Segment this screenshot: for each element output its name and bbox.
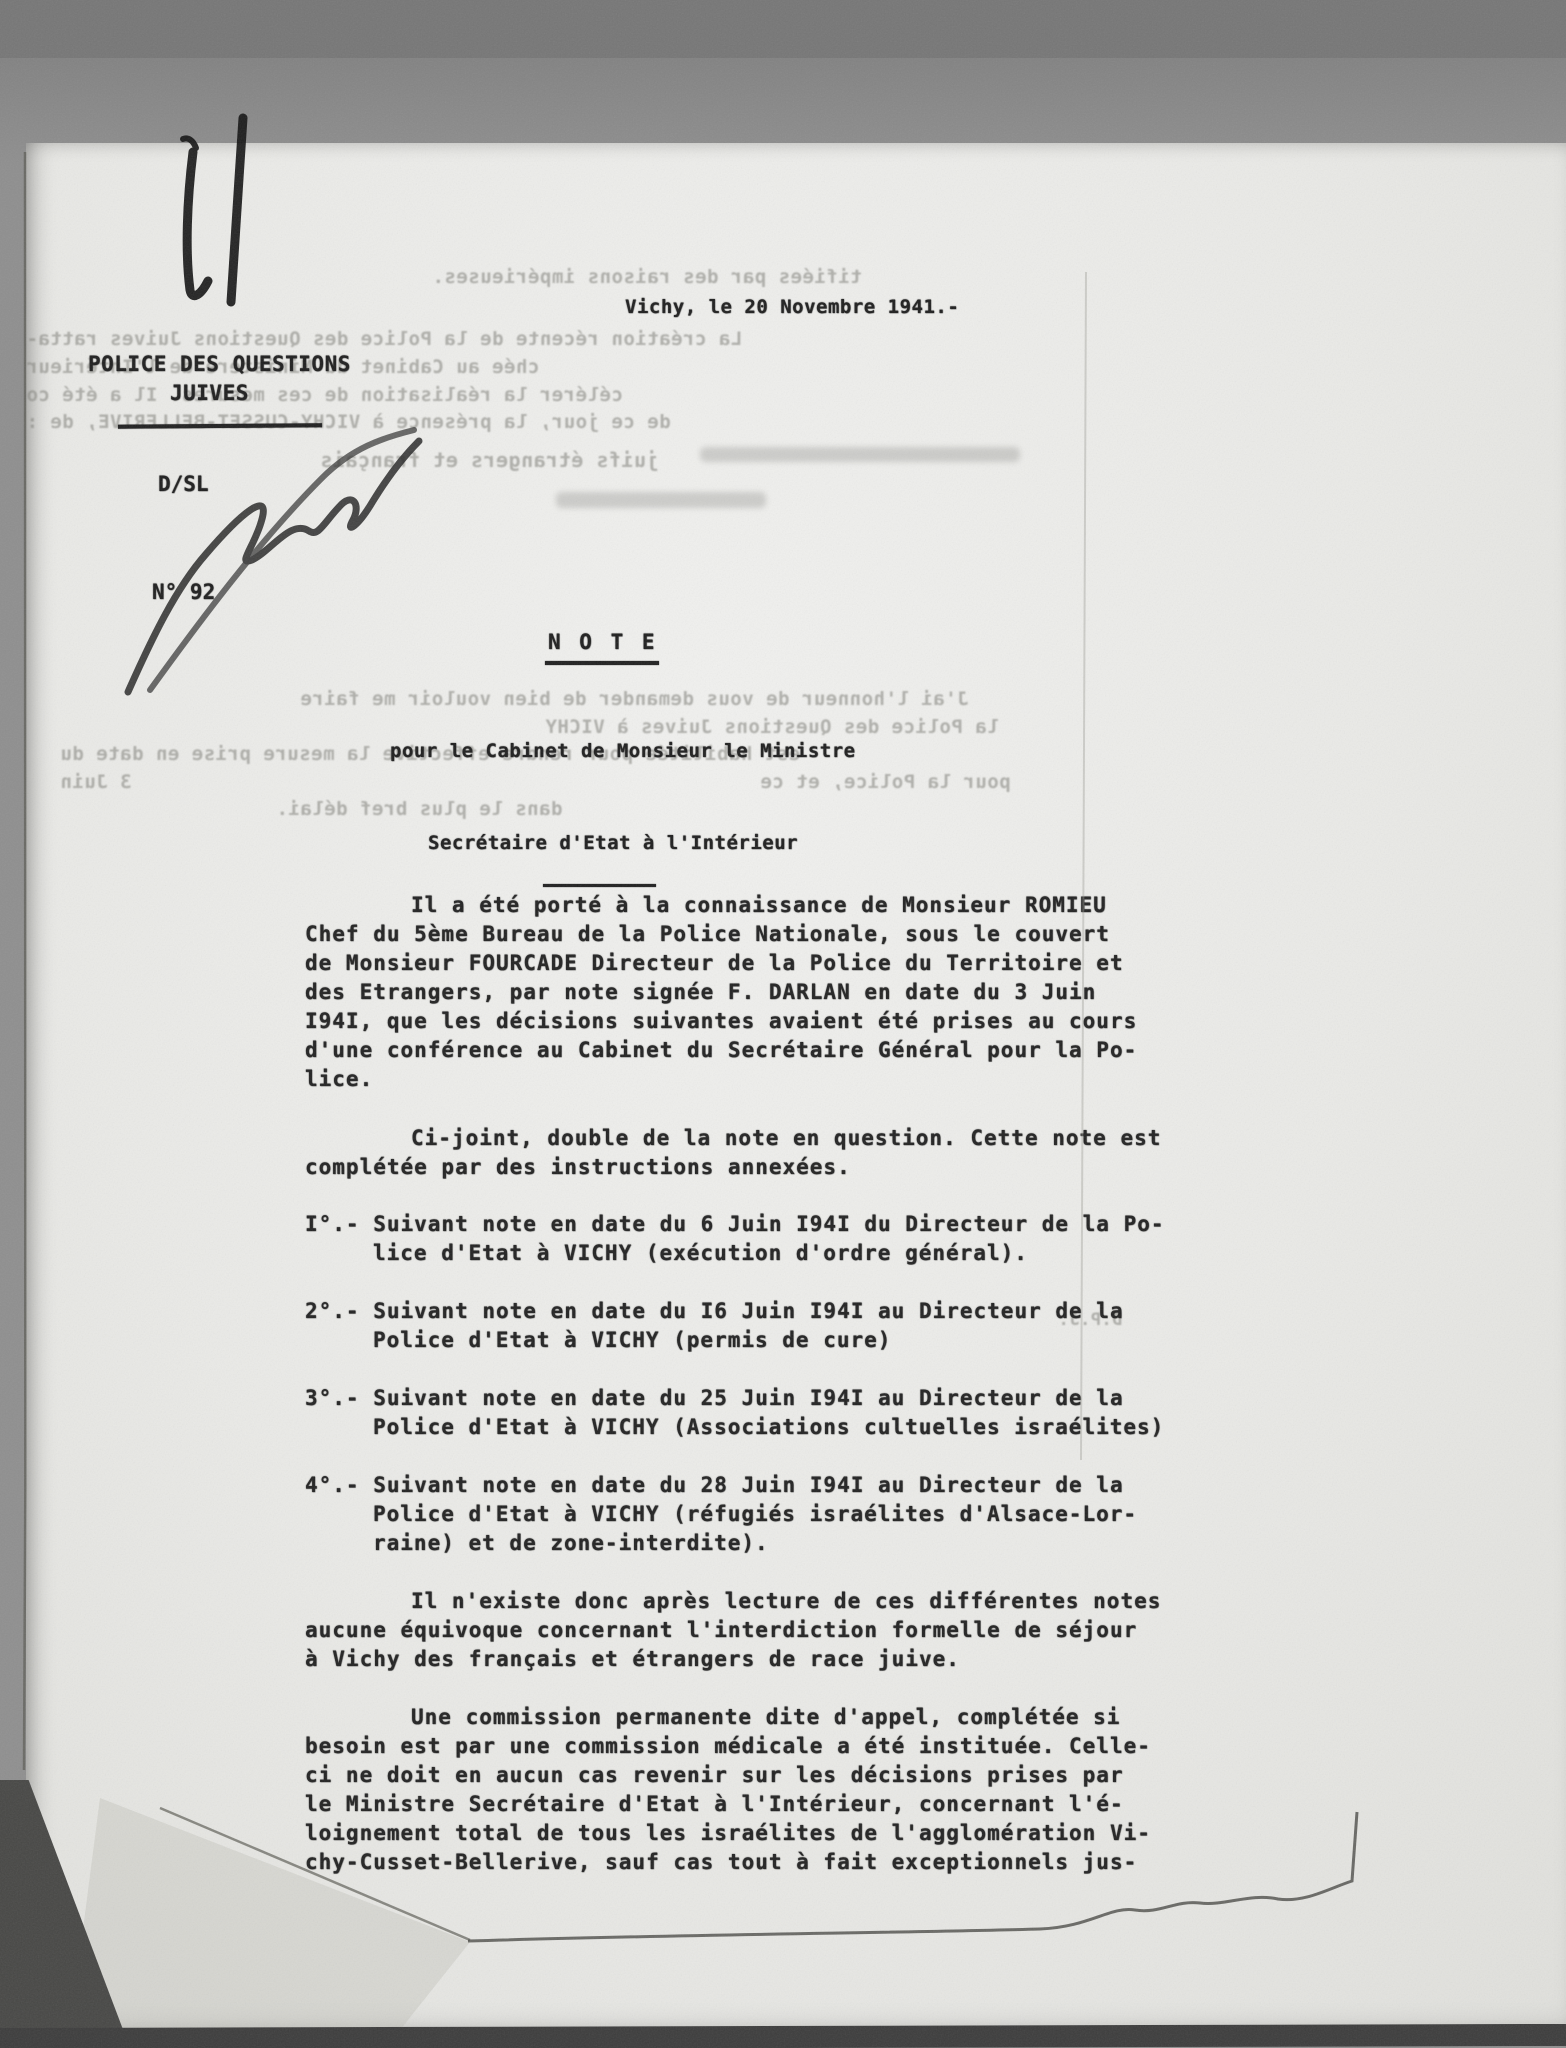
text-line: besoin est par une commission médicale a… xyxy=(305,1734,1185,1763)
bleedthrough-line: célérer la réalisation de ces mesures. I… xyxy=(26,384,623,406)
text-line: le Ministre Secrétaire d'Etat à l'Intéri… xyxy=(305,1792,1185,1821)
text-line: I94I, que les décisions suivantes avaien… xyxy=(305,1009,1185,1038)
text-line: Il n'existe donc après lecture de ces di… xyxy=(305,1589,1185,1618)
text-line: complétée par des instructions annexées. xyxy=(305,1155,1185,1184)
letterhead-line1: POLICE DES QUESTIONS xyxy=(88,352,351,376)
bleedthrough-line: de ce jour, la présence à VICHY-CUSSET-B… xyxy=(26,411,671,433)
list-item: 4°.- Suivant note en date du 28 Juin I94… xyxy=(305,1473,1185,1560)
paragraph: Il n'existe donc après lecture de ces di… xyxy=(305,1589,1185,1676)
text-line: Police d'Etat à VICHY (réfugiés israélit… xyxy=(305,1502,1185,1531)
text-line: des Etrangers, par note signée F. DARLAN… xyxy=(305,980,1185,1009)
text-line: raine) et de zone-interdite). xyxy=(305,1531,1185,1560)
text-line: aucune équivoque concernant l'interdicti… xyxy=(305,1618,1185,1647)
document-number: N° 92 xyxy=(152,580,215,604)
bleedthrough-line: la Police des Questions Juives à VICHY xyxy=(545,716,999,738)
text-line: 4°.- Suivant note en date du 28 Juin I94… xyxy=(305,1473,1185,1502)
paragraph: Une commission permanente dite d'appel, … xyxy=(305,1705,1185,1879)
letterhead-line2: JUIVES xyxy=(170,381,249,405)
note-title-underline xyxy=(545,661,659,665)
list-item: 3°.- Suivant note en date du 25 Juin I94… xyxy=(305,1386,1185,1444)
note-title: N O T E xyxy=(548,630,658,654)
scanned-document-photo: tifiées par des raisons impérieuses.La c… xyxy=(0,0,1566,2048)
note-subtitle-line2: Secrétaire d'Etat à l'Intérieur xyxy=(428,832,798,854)
bleedthrough-line: dans le plus bref délai. xyxy=(276,798,563,820)
list-item: 2°.- Suivant note en date du I6 Juin I94… xyxy=(305,1299,1185,1357)
bleedthrough-line: pour la Police, et ce xyxy=(760,771,1011,793)
date-line: Vichy, le 20 Novembre 1941.- xyxy=(625,296,959,318)
text-line: Une commission permanente dite d'appel, … xyxy=(305,1705,1185,1734)
bleedthrough-line: juifs étrangers et français xyxy=(320,448,659,472)
text-line: Police d'Etat à VICHY (permis de cure) xyxy=(305,1328,1185,1357)
text-line: à Vichy des français et étrangers de rac… xyxy=(305,1647,1185,1676)
ink-smudge xyxy=(700,447,1020,462)
text-line: 2°.- Suivant note en date du I6 Juin I94… xyxy=(305,1299,1185,1328)
text-line: 3°.- Suivant note en date du 25 Juin I94… xyxy=(305,1386,1185,1415)
text-line: Police d'Etat à VICHY (Associations cult… xyxy=(305,1415,1185,1444)
text-line: lice. xyxy=(305,1067,1185,1096)
bleedthrough-line: La création récente de la Police des Que… xyxy=(26,328,742,350)
paragraph: Ci-joint, double de la note en question.… xyxy=(305,1126,1185,1184)
text-line: loignement total de tous les israélites … xyxy=(305,1821,1185,1850)
text-line: chy-Cusset-Bellerive, sauf cas tout à fa… xyxy=(305,1850,1185,1879)
note-subtitle-line1: pour le Cabinet de Monsieur le Ministre xyxy=(390,740,856,762)
text-line: lice d'Etat à VICHY (exécution d'ordre g… xyxy=(305,1241,1185,1270)
bleedthrough-line: tifiées par des raisons impérieuses. xyxy=(432,266,862,288)
text-line: ci ne doit en aucun cas revenir sur les … xyxy=(305,1763,1185,1792)
text-line: de Monsieur FOURCADE Directeur de la Pol… xyxy=(305,951,1185,980)
text-line: Il a été porté à la connaissance de Mons… xyxy=(305,893,1185,922)
note-subtitle-underline xyxy=(543,884,656,887)
text-line: d'une conférence au Cabinet du Secrétair… xyxy=(305,1038,1185,1067)
text-line: Ci-joint, double de la note en question.… xyxy=(305,1126,1185,1155)
text-line: I°.- Suivant note en date du 6 Juin I94I… xyxy=(305,1212,1185,1241)
list-item: I°.- Suivant note en date du 6 Juin I94I… xyxy=(305,1212,1185,1270)
background-bottom-band xyxy=(0,2024,1566,2048)
background-top-band xyxy=(0,0,1566,58)
paragraph: Il a été porté à la connaissance de Mons… xyxy=(305,893,1185,1096)
bleedthrough-line: 3 Juin xyxy=(60,771,132,793)
bleedthrough-line: J'ai l'honneur de vous demander de bien … xyxy=(300,688,969,710)
reference-code: D/SL xyxy=(158,472,209,496)
text-line: Chef du 5ème Bureau de la Police Nationa… xyxy=(305,922,1185,951)
ink-smudge xyxy=(556,492,766,508)
